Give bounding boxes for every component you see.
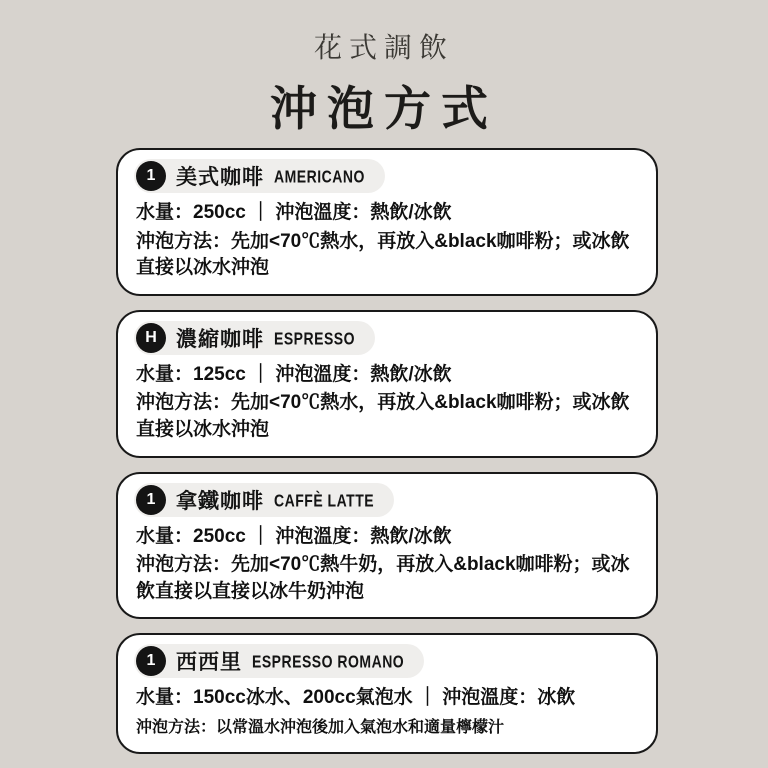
card-header: 1 拿鐵咖啡 CAFFÈ LATTE (134, 483, 640, 517)
card-header: 1 美式咖啡 AMERICANO (134, 159, 640, 193)
card-header: 1 西西里 ESPRESSO ROMANO (134, 644, 640, 678)
card-title-en: AMERICANO (274, 166, 365, 186)
card-method: 沖泡方法：先加<70℃熱水，再放入&black咖啡粉；或冰飲直接以冰水沖泡 (136, 229, 640, 282)
badge-number: 1 (136, 161, 166, 191)
card-list: 1 美式咖啡 AMERICANO 水量：250cc ｜ 沖泡溫度：熱飲/冰飲 沖… (116, 148, 658, 754)
card-specs: 水量：150cc冰水、200cc氣泡水 ｜ 沖泡溫度：冰飲 (136, 685, 640, 711)
poster: 花式調飲 沖泡方式 1 美式咖啡 AMERICANO 水量：250cc ｜ 沖泡… (0, 0, 768, 768)
card-method: 沖泡方法：先加<70℃熱牛奶，再放入&black咖啡粉；或冰飲直接以直接以冰牛奶… (136, 552, 640, 605)
card-title-pill: 1 美式咖啡 AMERICANO (134, 159, 385, 193)
card-title-en: ESPRESSO (274, 328, 355, 348)
card-title-zh: 美式咖啡 (176, 161, 264, 191)
card-specs: 水量：125cc ｜ 沖泡溫度：熱飲/冰飲 (136, 362, 640, 388)
card-specs: 水量：250cc ｜ 沖泡溫度：熱飲/冰飲 (136, 200, 640, 226)
card-caffe-latte: 1 拿鐵咖啡 CAFFÈ LATTE 水量：250cc ｜ 沖泡溫度：熱飲/冰飲… (116, 472, 658, 620)
card-title-pill: 1 西西里 ESPRESSO ROMANO (134, 644, 424, 678)
card-method: 沖泡方法：以常溫水沖泡後加入氣泡水和適量檸檬汁 (136, 717, 640, 739)
card-americano: 1 美式咖啡 AMERICANO 水量：250cc ｜ 沖泡溫度：熱飲/冰飲 沖… (116, 148, 658, 296)
badge-number: H (136, 323, 166, 353)
card-espresso: H 濃縮咖啡 ESPRESSO 水量：125cc ｜ 沖泡溫度：熱飲/冰飲 沖泡… (116, 310, 658, 458)
card-specs: 水量：250cc ｜ 沖泡溫度：熱飲/冰飲 (136, 524, 640, 550)
card-title-en: CAFFÈ LATTE (274, 490, 374, 510)
badge-number: 1 (136, 646, 166, 676)
card-title-en: ESPRESSO ROMANO (252, 651, 404, 671)
card-title-zh: 西西里 (176, 646, 242, 676)
card-title-zh: 濃縮咖啡 (176, 323, 264, 353)
poster-subtitle: 花式調飲 (0, 0, 768, 66)
card-title-zh: 拿鐵咖啡 (176, 485, 264, 515)
card-title-pill: H 濃縮咖啡 ESPRESSO (134, 321, 375, 355)
card-method: 沖泡方法：先加<70℃熱水，再放入&black咖啡粉；或冰飲直接以冰水沖泡 (136, 390, 640, 443)
card-header: H 濃縮咖啡 ESPRESSO (134, 321, 640, 355)
badge-number: 1 (136, 485, 166, 515)
poster-title: 沖泡方式 (0, 72, 768, 139)
card-title-pill: 1 拿鐵咖啡 CAFFÈ LATTE (134, 483, 394, 517)
card-espresso-romano: 1 西西里 ESPRESSO ROMANO 水量：150cc冰水、200cc氣泡… (116, 633, 658, 753)
